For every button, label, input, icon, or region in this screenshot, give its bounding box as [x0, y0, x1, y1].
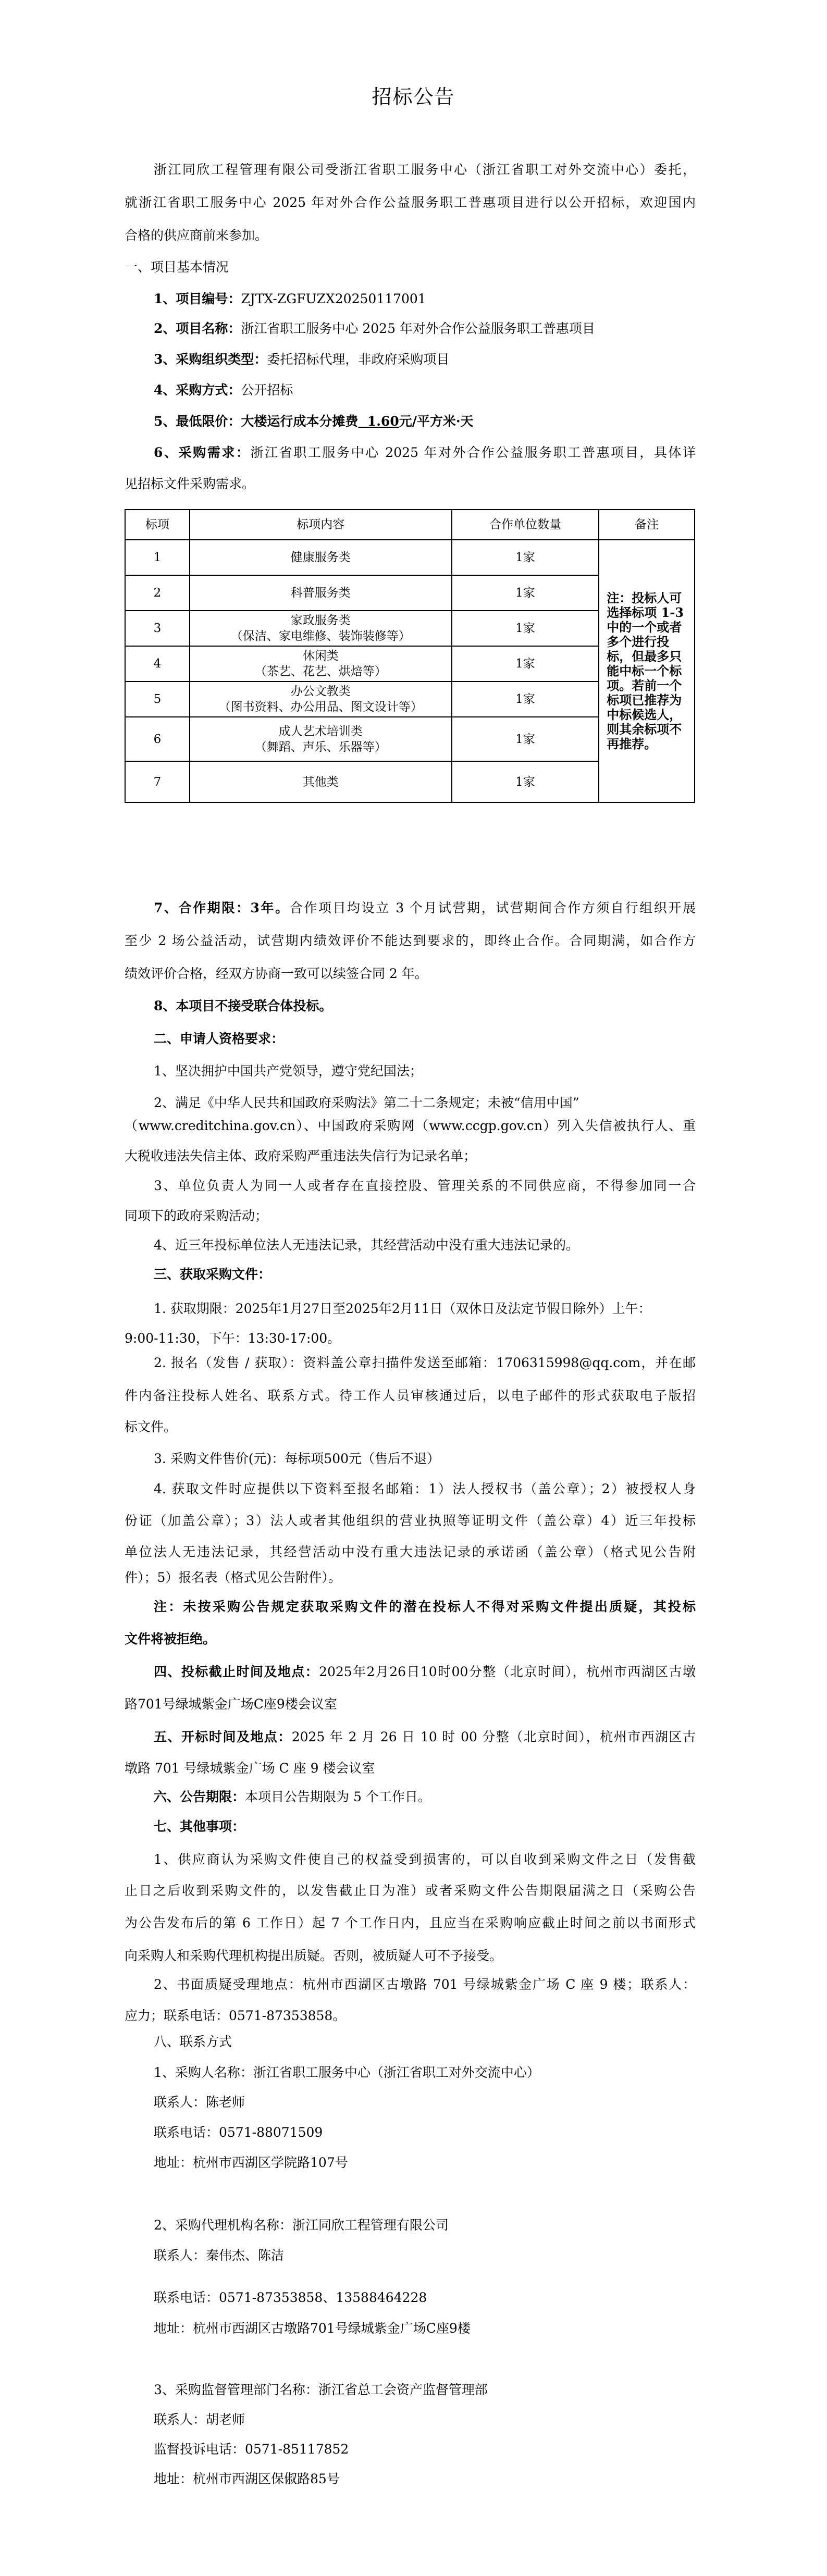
no-consortium-note: 8、本项目不接受联合体投标。 [154, 998, 696, 1014]
required-materials-line-1: 4. 获取文件时应提供以下资料至报名邮箱：1）法人授权书（盖公章）；2）被授权人… [154, 1481, 696, 1497]
lot-content-sub: （舞蹈、声乐、乐器等） [190, 739, 451, 755]
qualification-2-line-1: 2、满足《中华人民共和国政府采购法》第二十二条规定；未被“信用中国” [154, 1095, 696, 1111]
cooperation-term-text: 合作项目均设立 3 个月试营期，试营期间合作方须自行组织开展 [290, 900, 696, 915]
lot-content-main: 家政服务类 [190, 613, 451, 628]
intro-line-3: 合格的供应商前来参加。 [125, 227, 696, 244]
project-name: 2、项目名称：浙江省职工服务中心 2025 年对外合作公益服务职工普惠项目 [154, 320, 696, 337]
requirements: 6、采购需求：浙江省职工服务中心 2025 年对外合作公益服务职工普惠项目，具体… [154, 444, 696, 461]
registration-line-1: 2. 报名（发售 / 获取）：资料盖公章扫描件发送至邮箱：1706315998@… [154, 1355, 696, 1371]
section-1-heading: 一、项目基本情况 [125, 259, 696, 276]
purchaser-phone: 联系电话：0571-88071509 [154, 2124, 696, 2141]
required-materials-line-2: 份证（加盖公章）；3）法人或者其他组织的营业执照等证明文件（盖公章）4）近三年投… [125, 1513, 696, 1529]
lot-qty: 1家 [452, 682, 599, 717]
qualification-1: 1、坚决拥护中国共产党领导，遵守党纪国法； [154, 1063, 696, 1080]
acquisition-period-line-2: 9:00-11:30，下午：13:30-17:00。 [125, 1330, 696, 1347]
intro-line-1: 浙江同欣工程管理有限公司受浙江省职工服务中心（浙江省职工对外交流中心）委托， [154, 162, 696, 178]
cooperation-term-line-2: 至少 2 场公益活动，试营期内绩效评价不能达到要求的，即终止合作。合同期满，如合… [125, 933, 696, 949]
table-header-row: 标项 标项内容 合作单位数量 备注 [125, 510, 695, 540]
requirements-label: 6、采购需求： [154, 445, 251, 460]
qualification-2-line-3: 大税收违法失信主体、政府采购严重违法失信行为记录名单； [125, 1148, 696, 1165]
rejection-note-line-1: 注：未按采购公告规定获取采购文件的潜在投标人不得对采购文件提出质疑，其投标 [154, 1599, 696, 1615]
procurement-method-value: 公开招标 [241, 382, 293, 398]
procurement-method-label: 4、采购方式： [154, 382, 241, 398]
minimum-price: 5、最低限价：大楼运行成本分摊费 1.60元/平方米·天 [154, 413, 696, 430]
bid-opening-label: 五、开标时间及地点： [154, 1729, 292, 1744]
bid-opening-line-2: 墩路 701 号绿城紫金广场 C 座 9 楼会议室 [125, 1760, 696, 1777]
lot-content: 健康服务类 [190, 540, 452, 575]
lot-content: 科普服务类 [190, 575, 452, 611]
lot-content: 办公文教类（图书资料、办公用品、图文设计等） [190, 682, 452, 717]
header-remarks: 备注 [599, 510, 695, 540]
org-type: 3、采购组织类型：委托招标代理，非政府采购项目 [154, 351, 696, 368]
supervisor-address: 地址：杭州市西湖区保俶路85号 [154, 2471, 696, 2487]
document-price: 3. 采购文件售价(元)：每标项500元（售后不退） [154, 1451, 696, 1467]
other-2-line-1: 2、书面质疑受理地点：杭州市西湖区古墩路 701 号绿城紫金广场 C 座 9 楼… [154, 1976, 696, 1993]
notice-period-value: 本项目公告期限为 5 个工作日。 [245, 1789, 431, 1804]
announcement-page: 招标公告 浙江同欣工程管理有限公司受浙江省职工服务中心（浙江省职工对外交流中心）… [0, 0, 827, 2576]
lot-no: 5 [125, 682, 190, 717]
lot-content: 家政服务类（保洁、家电维修、装饰装修等） [190, 611, 452, 646]
agency-name: 2、采购代理机构名称：浙江同欣工程管理有限公司 [154, 2217, 696, 2234]
lot-content-main: 健康服务类 [190, 550, 451, 565]
minimum-price-label: 5、最低限价： [154, 414, 241, 429]
page-title: 招标公告 [0, 81, 827, 109]
cooperation-term-line-3: 绩效评价合格，经双方协商一致可以续签合同 2 年。 [125, 965, 696, 982]
lot-no: 2 [125, 575, 190, 611]
lot-content-main: 成人艺术培训类 [190, 724, 451, 739]
bid-deadline-line-1: 四、投标截止时间及地点：2025年2月26日10时00分整（北京时间），杭州市西… [154, 1664, 696, 1680]
intro-line-2: 就浙江省职工服务中心 2025 年对外合作公益服务职工普惠项目进行以公开招标，欢… [125, 194, 696, 211]
qualification-3-line-2: 同项下的政府采购活动； [125, 1208, 696, 1224]
rejection-note-line-2: 文件将被拒绝。 [125, 1631, 696, 1648]
other-1-line-4: 向采购人和采购代理机构提出质疑。否则，被质疑人可不予接受。 [125, 1948, 696, 1964]
project-number: 1、项目编号：ZJTX-ZGFUZX20250117001 [154, 291, 696, 307]
procurement-method: 4、采购方式：公开招标 [154, 382, 696, 399]
requirements-value: 浙江省职工服务中心 2025 年对外合作公益服务职工普惠项目，具体详 [251, 445, 696, 460]
minimum-price-unit: 元/平方米·天 [399, 414, 474, 429]
lot-content-sub: （茶艺、花艺、烘焙等） [190, 664, 451, 679]
bid-opening-text: 2025 年 2 月 26 日 10 时 00 分整（北京时间），杭州市西湖区古 [292, 1729, 696, 1744]
notice-period-label: 六、公告期限： [154, 1789, 245, 1804]
lot-no: 3 [125, 611, 190, 646]
remarks-note: 注：投标人可选择标项 1-3 中的一个或者多个进行投标，但最多只能中标一个标项。… [599, 540, 695, 802]
header-lot-content: 标项内容 [190, 510, 452, 540]
agency-contact: 联系人：秦伟杰、陈洁 [154, 2247, 696, 2264]
required-materials-line-3: 单位法人无违法记录，其经营活动中没有重大违法记录的承诺函（盖公章）（格式见公告附 [125, 1544, 696, 1561]
minimum-price-prefix: 大楼运行成本分摊费 [241, 414, 358, 429]
other-1-line-2: 止日之后收到采购文件的，以发售截止日为准）或者采购文件公告期限届满之日（采购公告 [125, 1883, 696, 1899]
lot-qty: 1家 [452, 540, 599, 575]
minimum-price-value: 1.60 [358, 414, 399, 429]
lot-content: 休闲类（茶艺、花艺、烘焙等） [190, 646, 452, 682]
registration-line-3: 标文件。 [125, 1419, 696, 1435]
section-7-heading: 七、其他事项： [154, 1818, 696, 1835]
lot-qty: 1家 [452, 761, 599, 802]
section-3-heading: 三、获取采购文件： [154, 1266, 696, 1283]
acquisition-period-line-1: 1. 获取期限：2025年1月27日至2025年2月11日（双休日及法定节假日除… [154, 1301, 696, 1317]
section-2-heading: 二、申请人资格要求： [154, 1031, 696, 1047]
purchaser-name: 1、采购人名称：浙江省职工服务中心（浙江省职工对外交流中心） [154, 2064, 696, 2081]
header-partner-count: 合作单位数量 [452, 510, 599, 540]
project-number-value: ZJTX-ZGFUZX20250117001 [241, 291, 426, 306]
lot-qty: 1家 [452, 646, 599, 682]
project-name-label: 2、项目名称： [154, 321, 241, 336]
org-type-value: 委托招标代理，非政府采购项目 [267, 352, 449, 367]
lot-qty: 1家 [452, 575, 599, 611]
lot-content-sub: （保洁、家电维修、装饰装修等） [190, 628, 451, 644]
other-1-line-1: 1、供应商认为采购文件使自己的权益受到损害的，可以自收到采购文件之日（发售截 [154, 1851, 696, 1868]
other-1-line-3: 为公告发布后的第 6 工作日）起 7 个工作日内，且应当在采购响应截止时间之前以… [125, 1915, 696, 1931]
required-materials-line-4: 件）；5）报名表（格式见公告附件）。 [125, 1569, 696, 1586]
supervisor-name: 3、采购监督管理部门名称：浙江省总工会资产监督管理部 [154, 2382, 696, 2398]
lot-no: 6 [125, 717, 190, 761]
lot-no: 4 [125, 646, 190, 682]
lot-content: 成人艺术培训类（舞蹈、声乐、乐器等） [190, 717, 452, 761]
org-type-label: 3、采购组织类型： [154, 352, 267, 367]
qualification-3-line-1: 3、单位负责人为同一人或者存在直接控股、管理关系的不同供应商，不得参加同一合 [154, 1178, 696, 1194]
lot-qty: 1家 [452, 611, 599, 646]
agency-address: 地址：杭州市西湖区古墩路701号绿城紫金广场C座9楼 [154, 2320, 696, 2337]
cooperation-term-label: 7、合作期限：3年。 [154, 900, 290, 915]
cooperation-term-line-1: 7、合作期限：3年。合作项目均设立 3 个月试营期，试营期间合作方须自行组织开展 [154, 900, 696, 917]
purchaser-address: 地址：杭州市西湖区学院路107号 [154, 2154, 696, 2171]
lot-qty: 1家 [452, 717, 599, 761]
supervisor-phone: 监督投诉电话：0571-85117852 [154, 2441, 696, 2458]
lot-content-main: 休闲类 [190, 648, 451, 664]
lot-no: 1 [125, 540, 190, 575]
bid-opening-line-1: 五、开标时间及地点：2025 年 2 月 26 日 10 时 00 分整（北京时… [154, 1729, 696, 1745]
agency-phone: 联系电话：0571-87353858、13588464228 [154, 2289, 696, 2306]
lot-content-main: 办公文教类 [190, 684, 451, 699]
section-8-heading: 八、联系方式 [154, 2034, 696, 2050]
lot-content-sub: （图书资料、办公用品、图文设计等） [190, 699, 451, 715]
requirements-cont: 见招标文件采购需求。 [125, 476, 696, 492]
notice-period: 六、公告期限：本项目公告期限为 5 个工作日。 [154, 1789, 696, 1805]
other-2-line-2: 应力；联系电话：0571-87353858。 [125, 2008, 696, 2024]
lot-content: 其他类 [190, 761, 452, 802]
project-name-value: 浙江省职工服务中心 2025 年对外合作公益服务职工普惠项目 [241, 321, 595, 336]
bid-lots-table: 标项 标项内容 合作单位数量 备注 1 健康服务类 1家 注：投标人可选择标项 … [125, 509, 695, 803]
bid-deadline-label: 四、投标截止时间及地点： [154, 1664, 319, 1679]
lot-content-main: 其他类 [190, 774, 451, 790]
bid-deadline-text: 2025年2月26日10时00分整（北京时间），杭州市西湖区古墩 [319, 1664, 696, 1679]
lot-content-main: 科普服务类 [190, 585, 451, 601]
registration-line-2: 件内备注投标人姓名、联系方式。待工作人员审核通过后，以电子邮件的形式获取电子版招 [125, 1388, 696, 1404]
qualification-4: 4、近三年投标单位法人无违法记录，其经营活动中没有重大违法记录的。 [154, 1237, 696, 1254]
lot-no: 7 [125, 761, 190, 802]
qualification-2-line-2: （www.creditchina.gov.cn）、中国政府采购网（www.ccg… [125, 1118, 696, 1134]
table-row: 1 健康服务类 1家 注：投标人可选择标项 1-3 中的一个或者多个进行投标，但… [125, 540, 695, 575]
project-number-label: 1、项目编号： [154, 291, 241, 306]
supervisor-contact: 联系人：胡老师 [154, 2411, 696, 2428]
bid-deadline-line-2: 路701号绿城紫金广场C座9楼会议室 [125, 1696, 696, 1713]
header-lot-no: 标项 [125, 510, 190, 540]
purchaser-contact: 联系人：陈老师 [154, 2094, 696, 2111]
